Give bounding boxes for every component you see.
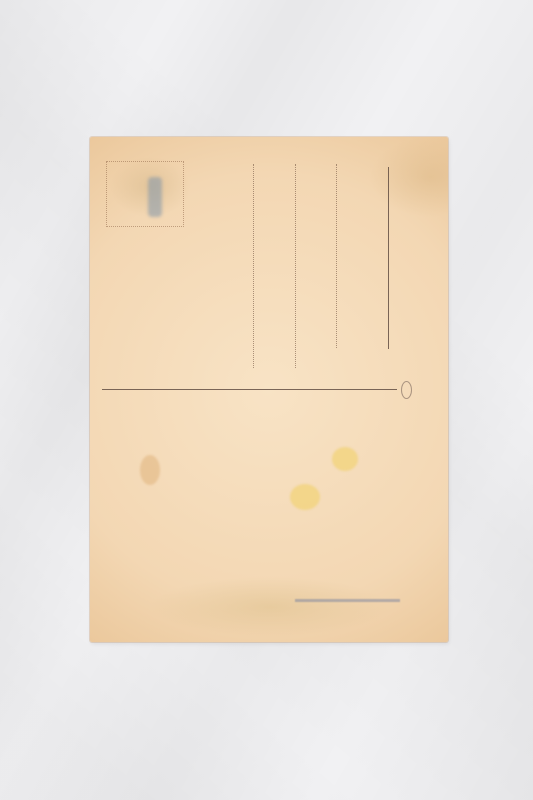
bottom-mark — [295, 599, 400, 602]
stain — [332, 447, 358, 471]
address-line — [102, 389, 397, 390]
divider-line — [295, 164, 296, 368]
stamp-box — [106, 161, 184, 227]
stain — [290, 484, 320, 510]
publisher-logo-icon — [401, 381, 412, 399]
postcard-back — [90, 137, 448, 642]
stain — [140, 455, 160, 485]
divider-line — [336, 164, 337, 348]
divider-line — [253, 164, 254, 368]
center-divider-line — [388, 167, 389, 349]
stamp-residue — [148, 177, 162, 217]
